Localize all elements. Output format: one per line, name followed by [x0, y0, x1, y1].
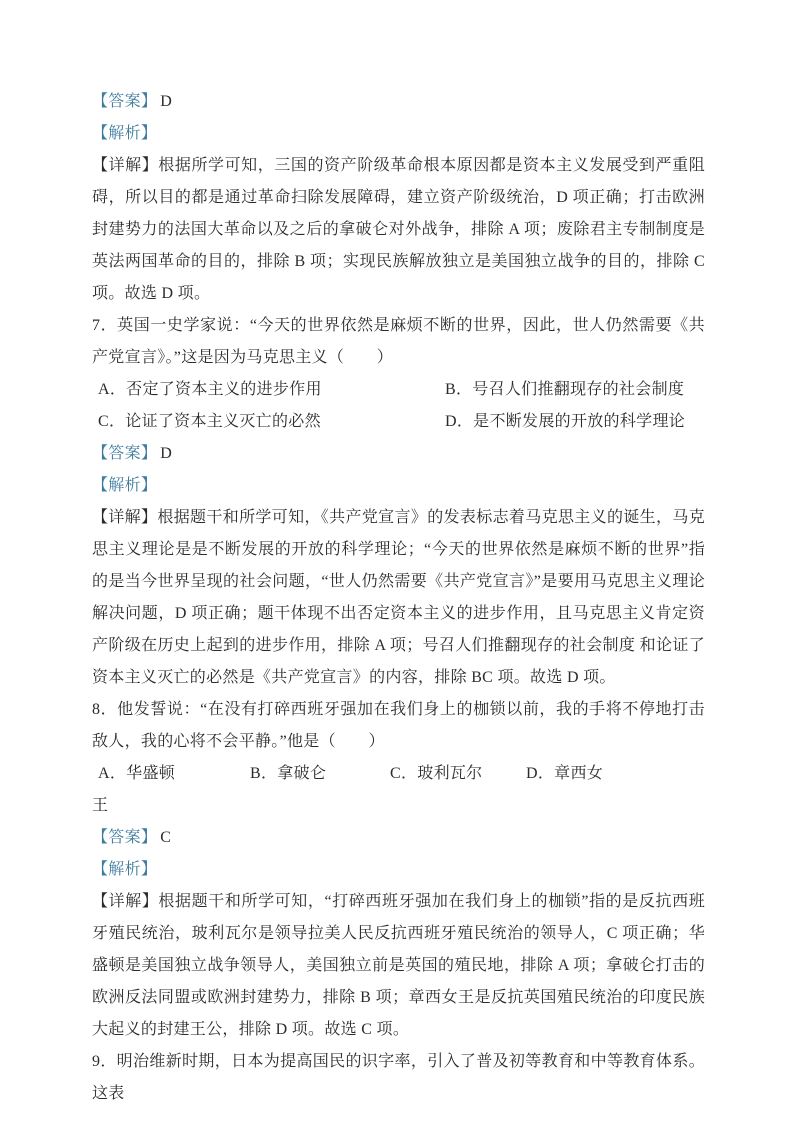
question-9-stem-start: 9．明治维新时期，日本为提高国民的识字率，引入了普及初等教育和中等教育体系。这表 — [92, 1046, 705, 1110]
analysis-tag: 【解析】 — [92, 477, 157, 494]
prev-question-answer-block: 【答案】D 【解析】 【详解】根据所学可知，三国的资产阶级革命根本原因都是资本主… — [92, 86, 705, 310]
analysis-line: 【解析】 — [92, 118, 705, 150]
question-7-options-row-1: A．否定了资本主义的进步作用 B．号召人们推翻现存的社会制度 — [92, 374, 705, 406]
answer-line: 【答案】D — [92, 86, 705, 118]
answer-tag: 【答案】 — [92, 445, 157, 462]
option-b: B．号召人们推翻现存的社会制度 — [445, 374, 684, 406]
question-7-options-row-2: C．论证了资本主义灭亡的必然 D．是不断发展的开放的科学理论 — [92, 406, 705, 438]
answer-value: D — [160, 445, 172, 462]
option-d-wrapped-text: 王 — [92, 790, 705, 822]
question-8-stem: 8．他发誓说：“在没有打碎西班牙强加在我们身上的枷锁以前，我的手将不停地打击敌人… — [92, 694, 705, 758]
option-d: D．章西女 — [526, 758, 603, 790]
exam-answer-page: 【答案】D 【解析】 【详解】根据所学可知，三国的资产阶级革命根本原因都是资本主… — [0, 0, 793, 1122]
answer-line: 【答案】D — [92, 438, 705, 470]
analysis-line: 【解析】 — [92, 470, 705, 502]
answer-line: 【答案】C — [92, 822, 705, 854]
analysis-line: 【解析】 — [92, 854, 705, 886]
question-8-block: 8．他发誓说：“在没有打碎西班牙强加在我们身上的枷锁以前，我的手将不停地打击敌人… — [92, 694, 705, 1046]
detail-paragraph: 【详解】根据题干和所学可知，《共产党宣言》的发表标志着马克思主义的诞生，马克思主… — [92, 502, 705, 694]
answer-tag: 【答案】 — [92, 93, 157, 110]
question-9-block: 9．明治维新时期，日本为提高国民的识字率，引入了普及初等教育和中等教育体系。这表 — [92, 1046, 705, 1110]
question-7-block: 7．英国一史学家说：“今天的世界依然是麻烦不断的世界，因此，世人仍然需要《共产党… — [92, 310, 705, 694]
answer-tag: 【答案】 — [92, 829, 157, 846]
question-8-options-row: A．华盛顿 B．拿破仑 C．玻利瓦尔 D．章西女 — [92, 758, 705, 790]
question-7-stem: 7．英国一史学家说：“今天的世界依然是麻烦不断的世界，因此，世人仍然需要《共产党… — [92, 310, 705, 374]
option-a: A．否定了资本主义的进步作用 — [98, 374, 322, 406]
option-a: A．华盛顿 — [98, 758, 175, 790]
option-d: D．是不断发展的开放的科学理论 — [445, 406, 685, 438]
option-b: B．拿破仑 — [250, 758, 326, 790]
detail-paragraph: 【详解】根据题干和所学可知，“打碎西班牙强加在我们身上的枷锁”指的是反抗西班牙殖… — [92, 886, 705, 1046]
analysis-tag: 【解析】 — [92, 861, 157, 878]
option-c: C．论证了资本主义灭亡的必然 — [98, 406, 321, 438]
option-c: C．玻利瓦尔 — [390, 758, 482, 790]
detail-paragraph: 【详解】根据所学可知，三国的资产阶级革命根本原因都是资本主义发展受到严重阻碍，所… — [92, 150, 705, 310]
answer-value: C — [160, 829, 171, 846]
answer-value: D — [160, 93, 172, 110]
analysis-tag: 【解析】 — [92, 125, 157, 142]
